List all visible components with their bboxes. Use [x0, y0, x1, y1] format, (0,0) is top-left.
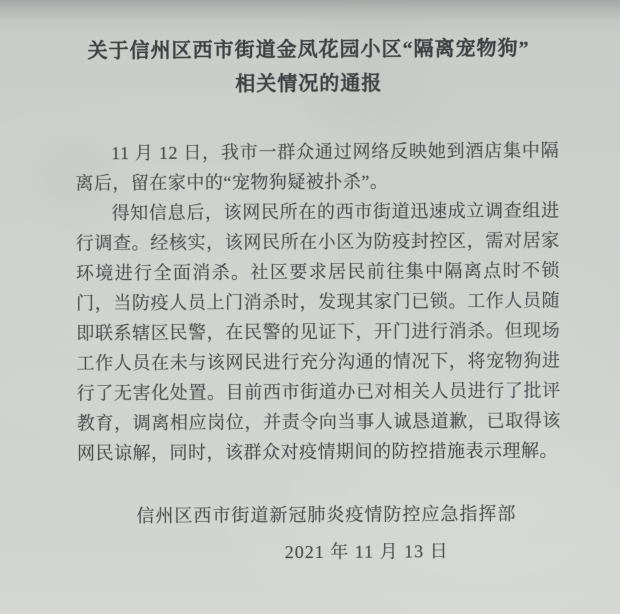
notice-document: 关于信州区西市街道金凤花园小区“隔离宠物狗” 相关情况的通报 11 月 12 日… [0, 0, 620, 569]
paragraph-2: 得知信息后，该网民所在的西市街道迅速成立调查组进行调查。经核实，该网民所在小区为… [75, 195, 561, 468]
title-line-2: 相关情况的通报 [0, 65, 619, 103]
notice-title: 关于信州区西市街道金凤花园小区“隔离宠物狗” 相关情况的通报 [0, 31, 619, 103]
paragraph-1: 11 月 12 日，我市一群众通过网络反映她到酒店集中隔离后，留在家中的“宠物狗… [75, 135, 559, 198]
signature-line: 信州区西市街道新冠肺炎疫情防控应急指挥部 [1, 498, 620, 532]
photo-background: 关于信州区西市街道金凤花园小区“隔离宠物狗” 相关情况的通报 11 月 12 日… [0, 0, 620, 614]
notice-body: 11 月 12 日，我市一群众通过网络反映她到酒店集中隔离后，留在家中的“宠物狗… [75, 135, 561, 468]
title-line-1: 关于信州区西市街道金凤花园小区“隔离宠物狗” [0, 31, 619, 69]
date-line: 2021 年 11 月 13 日 [2, 535, 620, 569]
